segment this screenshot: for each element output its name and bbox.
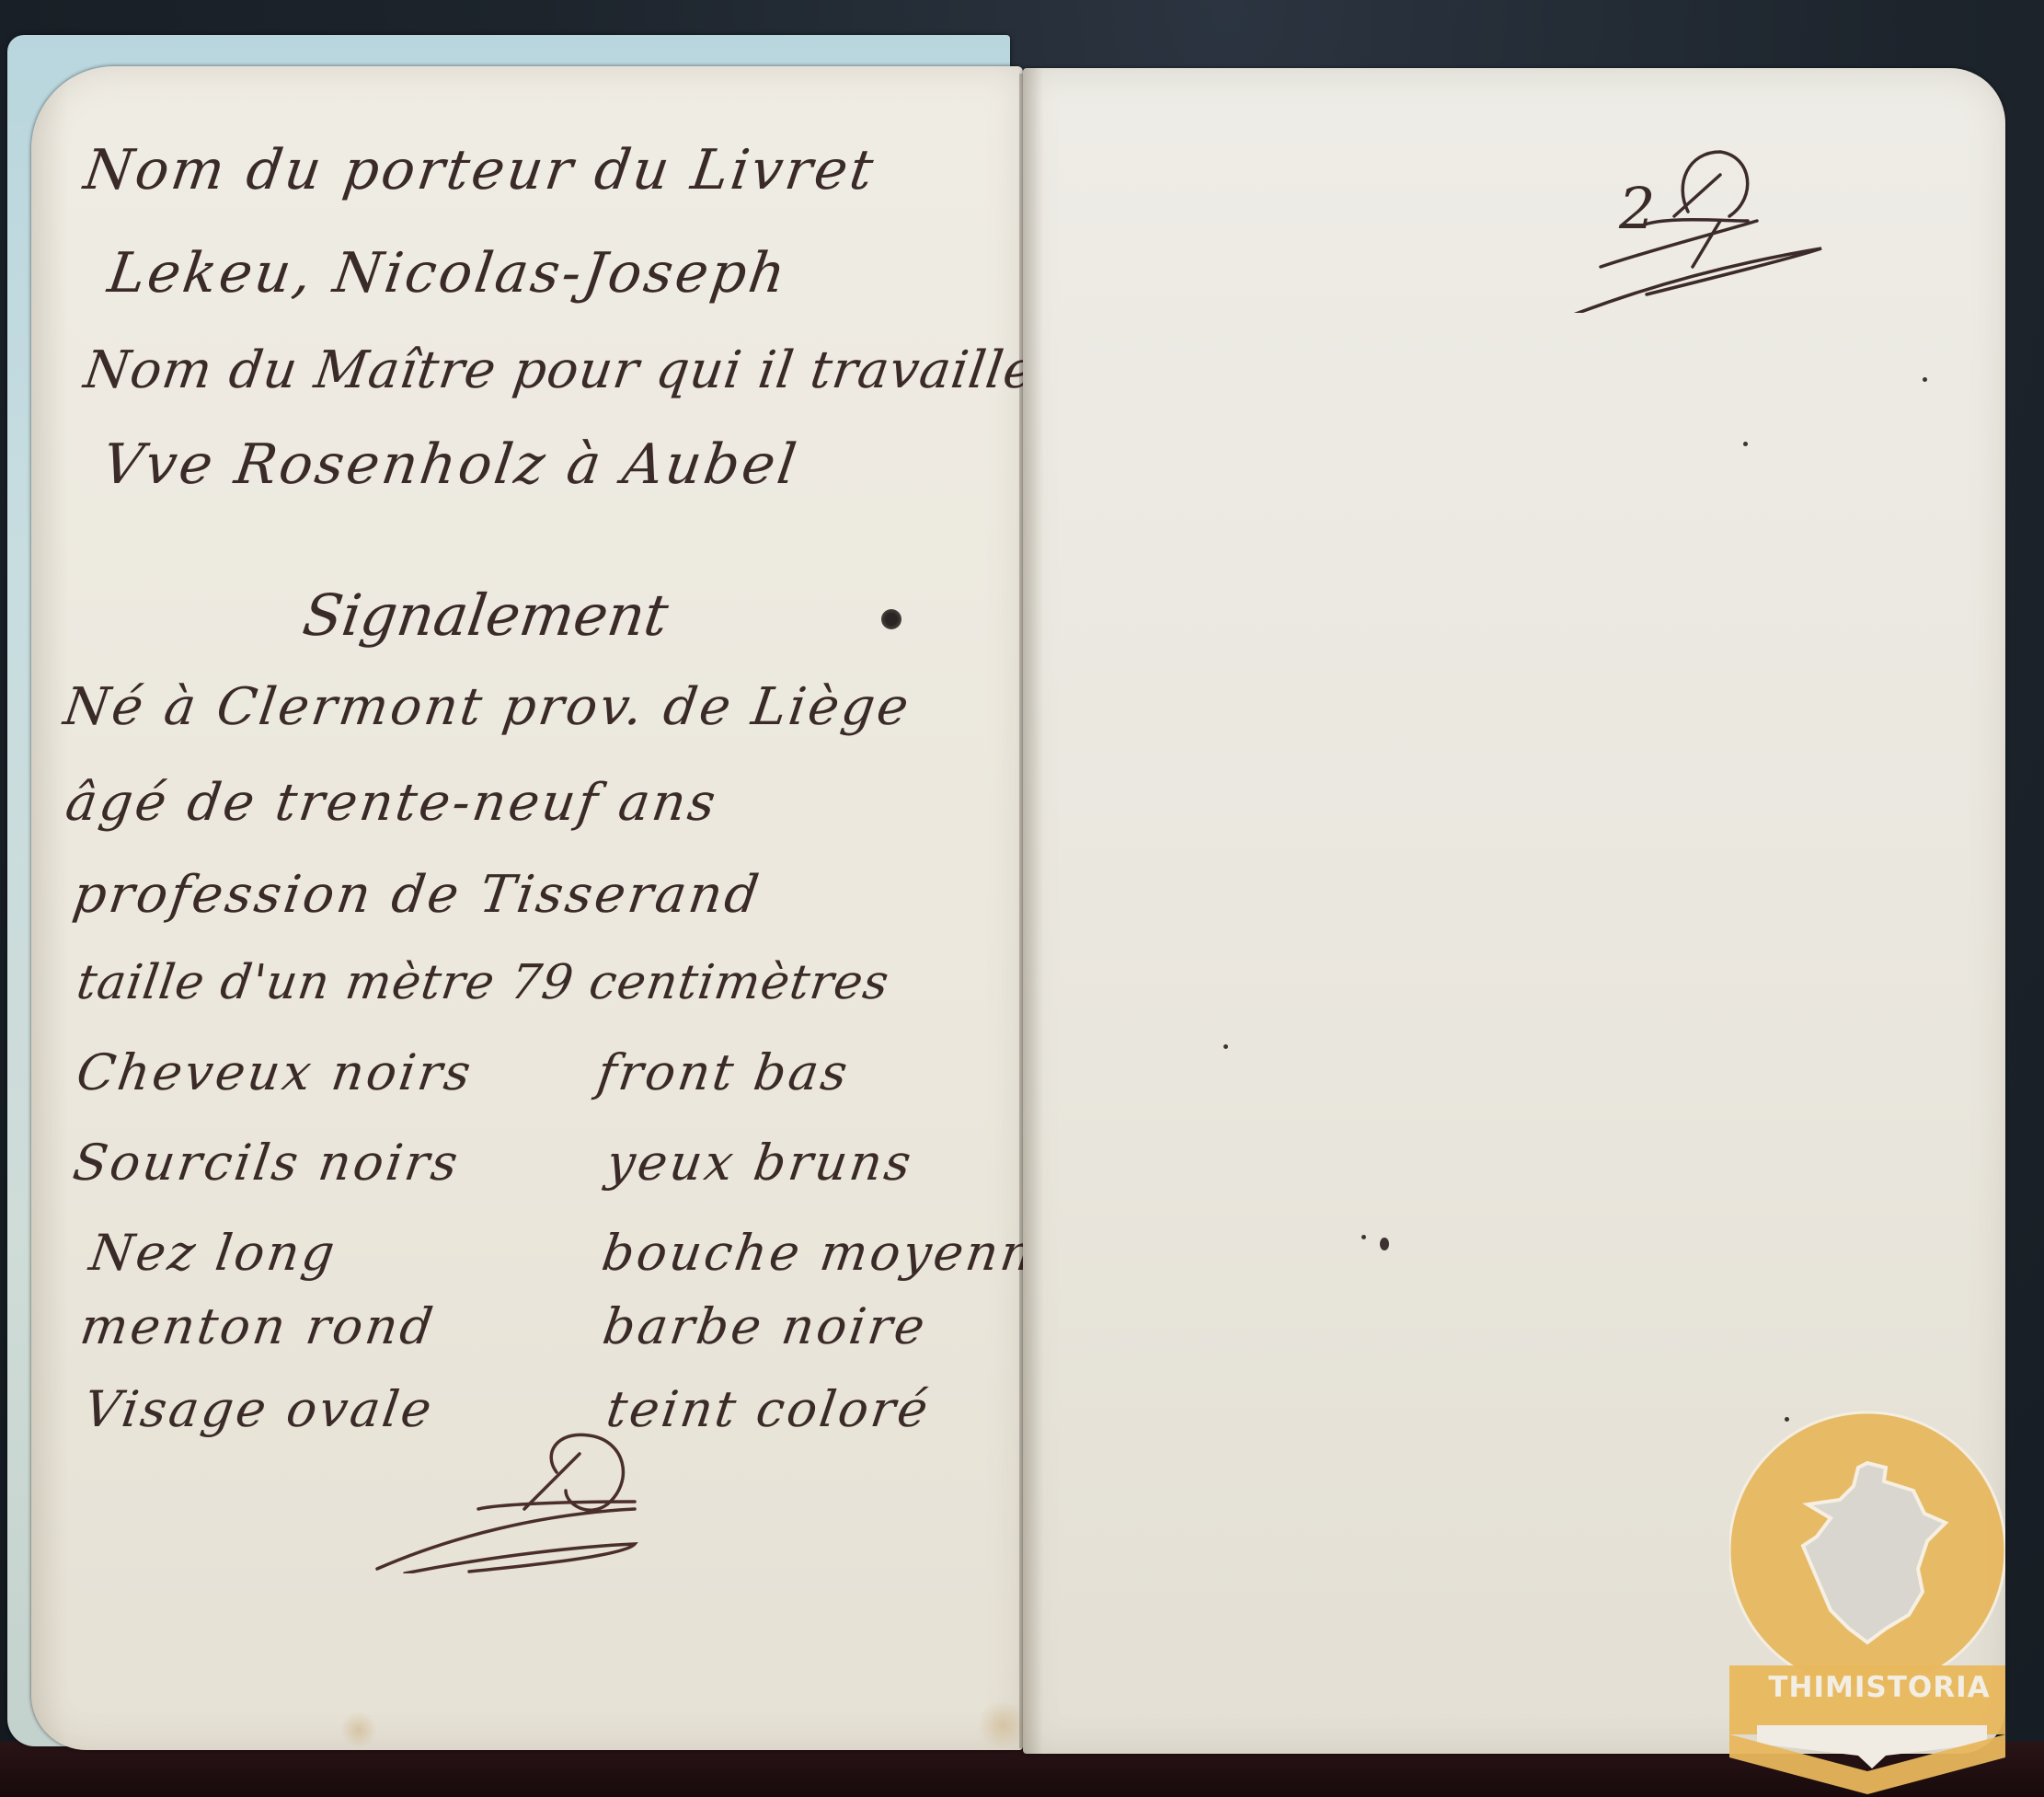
- ink-speck: [1223, 1044, 1228, 1049]
- description-left-2: Nez long: [86, 1224, 341, 1282]
- watermark-label: THIMISTORIA: [1764, 1671, 1994, 1704]
- label-master-name: Nom du Maître pour qui il travaille: [80, 340, 1039, 400]
- bearer-name: Lekeu, Nicolas-Joseph: [104, 241, 792, 305]
- section-title-signalement: Signalement: [299, 582, 672, 649]
- ink-speck: [1380, 1238, 1389, 1250]
- age-line: âgé de trente-neuf ans: [62, 773, 721, 833]
- description-right-2: bouche moyenne: [599, 1224, 1073, 1282]
- description-left-0: Cheveux noirs: [74, 1043, 477, 1101]
- ink-speck: [1923, 377, 1927, 382]
- description-left-3: menton rond: [77, 1297, 440, 1355]
- description-right-0: front bas: [594, 1043, 854, 1101]
- label-bearer-name: Nom du porteur du Livret: [80, 138, 879, 202]
- right-paraph-signature: [1536, 129, 1831, 313]
- description-right-3: barbe noire: [600, 1297, 931, 1355]
- description-right-1: yeux bruns: [603, 1134, 917, 1192]
- thimistoria-watermark-logo: THIMISTORIA: [1729, 1408, 2005, 1794]
- binding-hole-left: [881, 609, 901, 629]
- paper-stain: [975, 1702, 1030, 1748]
- ink-speck: [1743, 442, 1748, 446]
- left-paraph-signature: [359, 1417, 653, 1573]
- master-name: Vve Rosenholz à Aubel: [98, 432, 802, 497]
- description-left-1: Sourcils noirs: [70, 1134, 465, 1192]
- paper-stain: [340, 1711, 377, 1748]
- ink-speck: [1361, 1235, 1366, 1239]
- height-line: taille d'un mètre 79 centimètres: [74, 955, 893, 1010]
- birth-line: Né à Clermont prov. de Liège: [60, 677, 914, 737]
- profession-line: profession de Tisserand: [69, 865, 764, 925]
